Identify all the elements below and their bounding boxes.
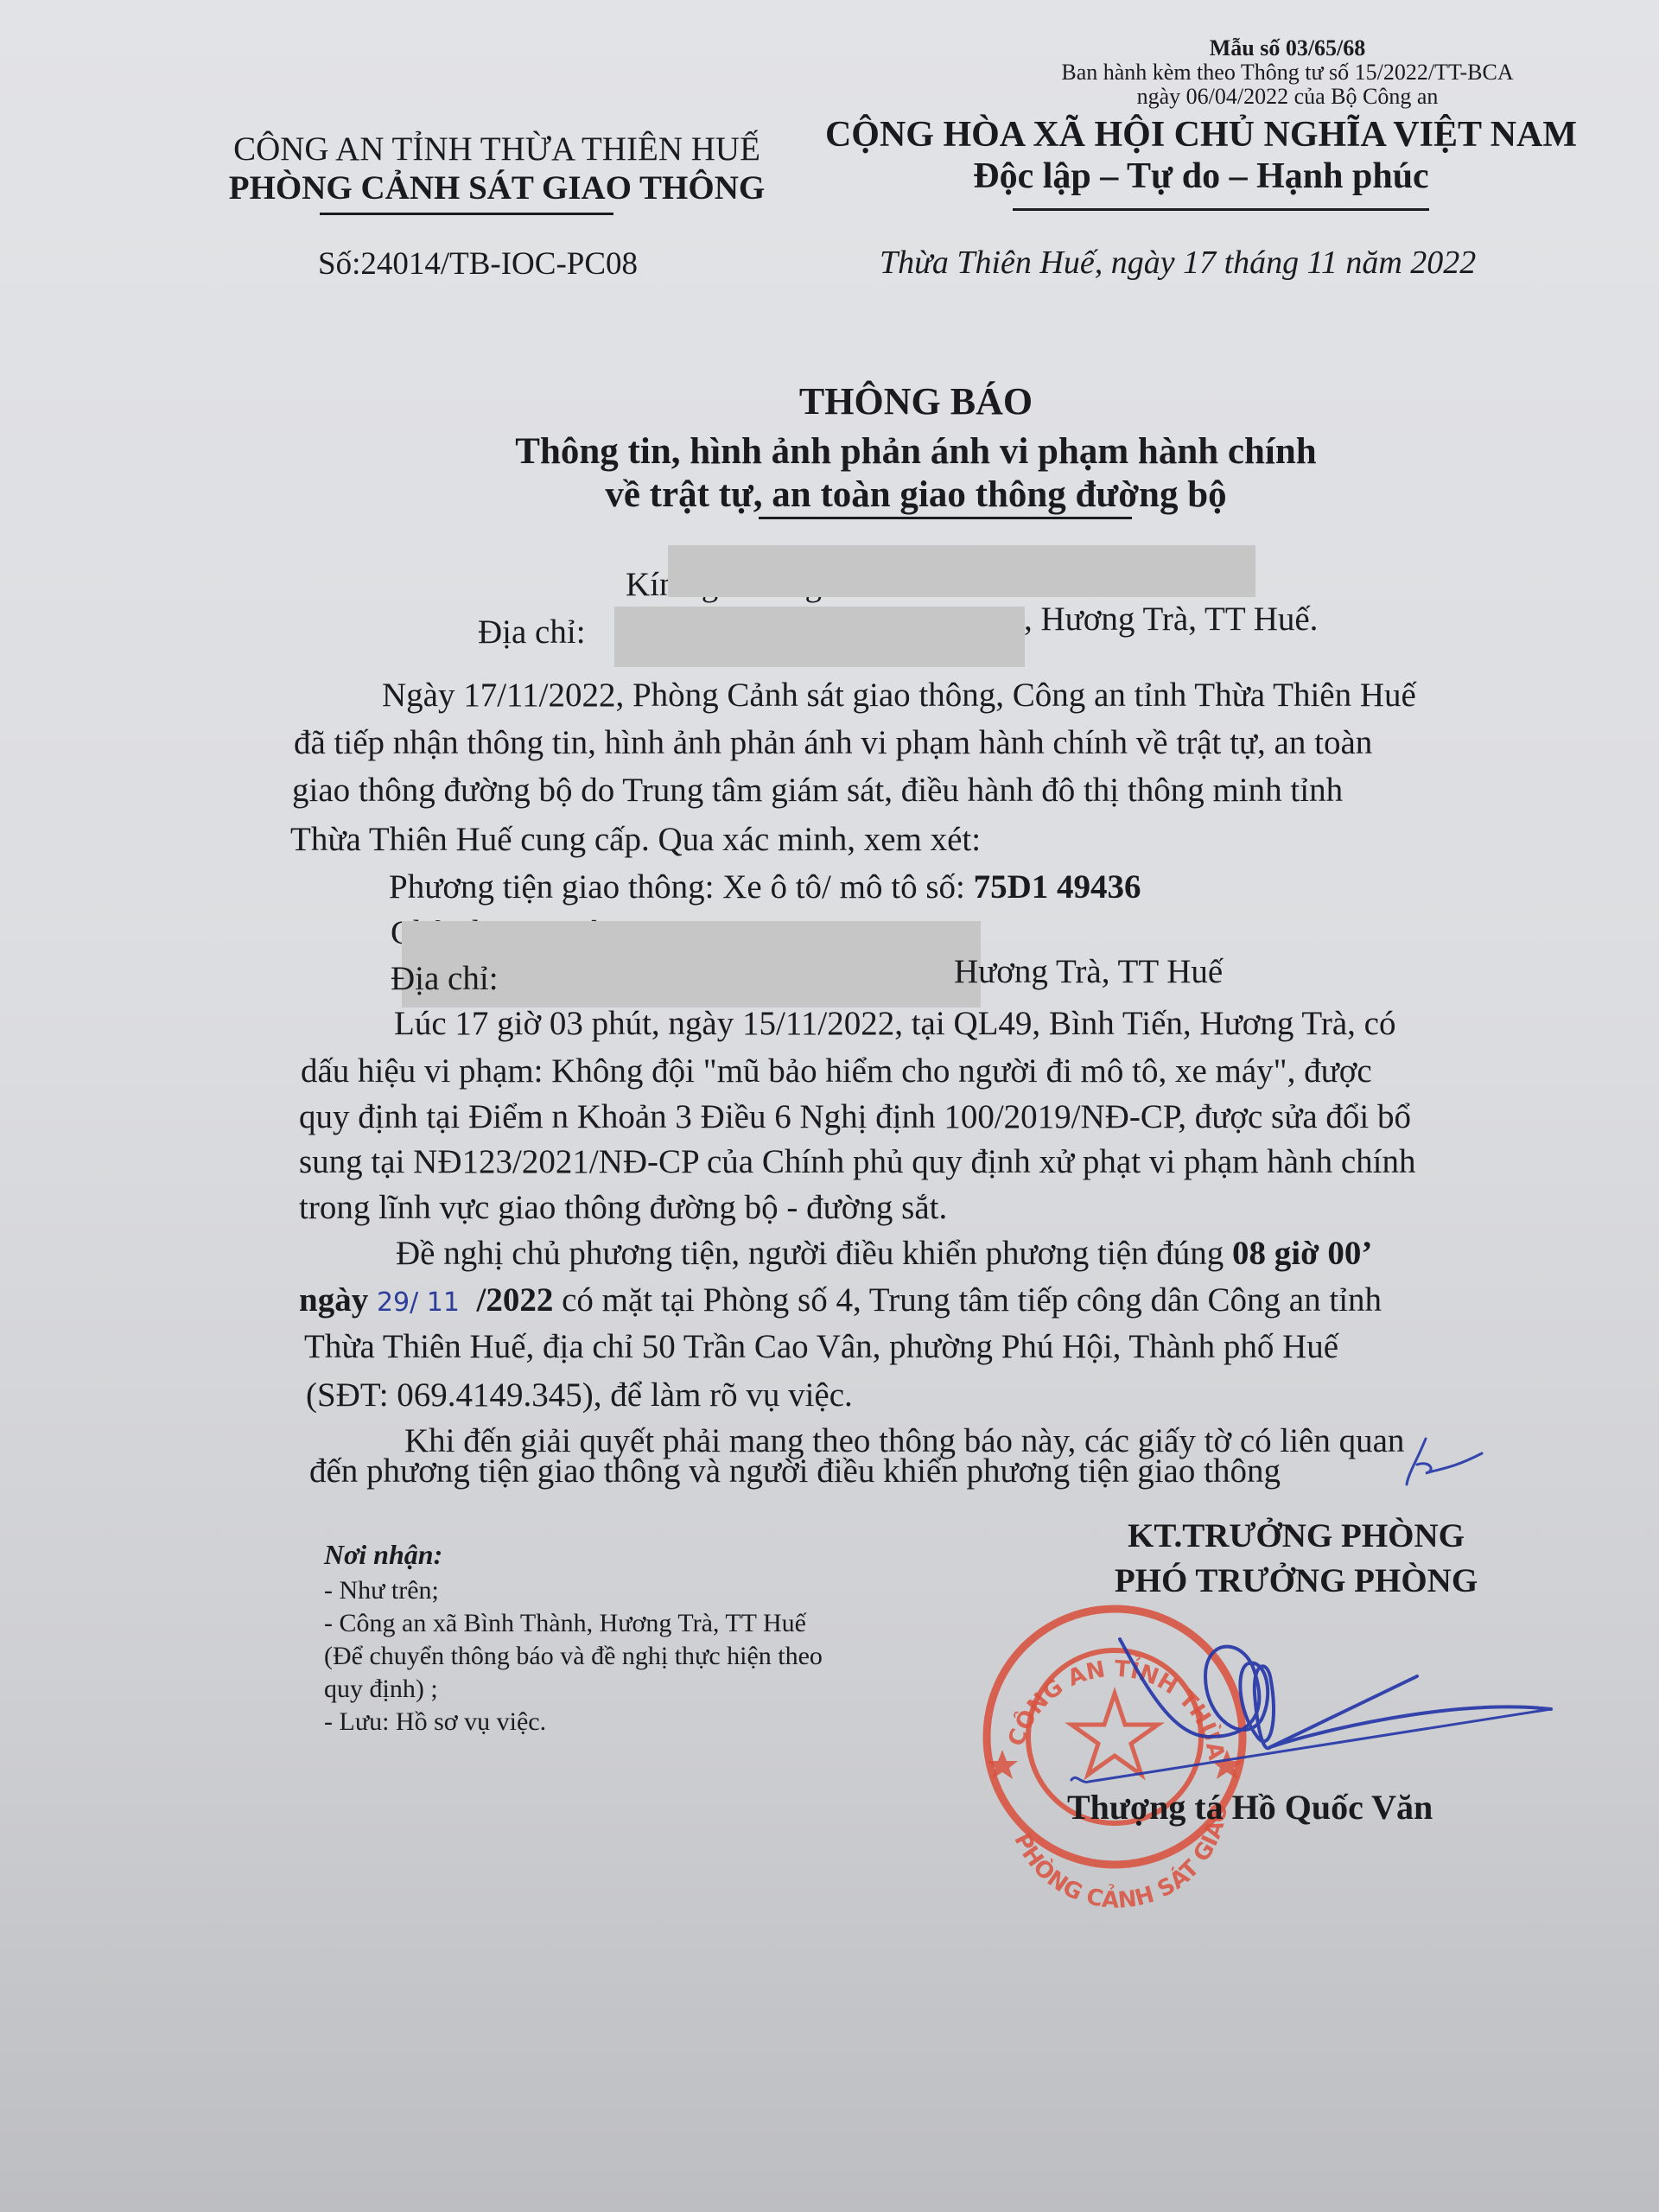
recipient-item: quy định) ; (324, 1673, 823, 1706)
request-ngay: ngày (299, 1281, 368, 1319)
recipient-item: (Để chuyển thông báo và đề nghị thực hiệ… (324, 1640, 823, 1673)
closing-line-2: đến phương tiện giao thông và người điều… (309, 1450, 1281, 1493)
request-line-3: Thừa Thiên Huế, địa chỉ 50 Trần Cao Vân,… (304, 1325, 1338, 1369)
recipients-heading: Nơi nhận: (324, 1538, 823, 1571)
document-page: Mẫu số 03/65/68 Ban hành kèm theo Thông … (0, 0, 1659, 2212)
form-issued-with: Ban hành kèm theo Thông tư số 15/2022/TT… (1002, 60, 1573, 85)
redacted-address (614, 607, 1025, 667)
para1-line-3: giao thông đường bộ do Trung tâm giám sá… (292, 769, 1343, 812)
addressee-address-suffix: , Hương Trà, TT Huế. (1024, 598, 1318, 641)
vehicle-plate: 75D1 49436 (974, 868, 1141, 906)
place-date: Thừa Thiên Huế, ngày 17 tháng 11 năm 202… (880, 244, 1476, 282)
para1-line-4: Thừa Thiên Huế cung cấp. Qua xác minh, x… (290, 818, 981, 861)
vehicle-line: Phương tiện giao thông: Xe ô tô/ mô tô s… (389, 866, 1141, 909)
signature-title: KT.TRƯỞNG PHÒNG PHÓ TRƯỞNG PHÒNG (985, 1514, 1607, 1604)
recipient-item: - Như trên; (324, 1574, 823, 1607)
agency-department: PHÒNG CẢNH SÁT GIAO THÔNG (199, 168, 795, 207)
request-line-4: (SĐT: 069.4149.345), để làm rõ vụ việc. (306, 1374, 853, 1417)
title-main: THÔNG BÁO (449, 380, 1382, 423)
recipient-item: - Lưu: Hồ sơ vụ việc. (324, 1706, 823, 1738)
title-sub2: về trật tự, an toàn giao thông đường bộ (449, 474, 1382, 517)
addressee-address-label: Địa chỉ: (478, 611, 586, 654)
vehicle-label: Phương tiện giao thông: Xe ô tô/ mô tô s… (389, 868, 974, 906)
nation-motto: Độc lập – Tự do – Hạnh phúc (812, 156, 1590, 197)
motto-underline (1013, 208, 1429, 211)
handwritten-day: 29 (377, 1287, 410, 1318)
nation-name: CỘNG HÒA XÃ HỘI CHỦ NGHĨA VIỆT NAM (812, 114, 1590, 156)
agency-header: CÔNG AN TỈNH THỪA THIÊN HUẾ PHÒNG CẢNH S… (199, 130, 795, 207)
request-line2-rest: có mặt tại Phòng số 4, Trung tâm tiếp cô… (553, 1281, 1382, 1319)
owner-address-suffix: Hương Trà, TT Huế (954, 950, 1223, 994)
recipient-item: - Công an xã Bình Thành, Hương Trà, TT H… (324, 1607, 823, 1640)
para1-line-1: Ngày 17/11/2022, Phòng Cảnh sát giao thô… (382, 674, 1416, 717)
form-number-block: Mẫu số 03/65/68 Ban hành kèm theo Thông … (1002, 36, 1573, 109)
signature-title-2: PHÓ TRƯỞNG PHÒNG (985, 1559, 1607, 1604)
violation-line-4: sung tại NĐ123/2021/NĐ-CP của Chính phủ … (299, 1141, 1416, 1184)
agency-underline (320, 213, 613, 215)
request-time: 08 giờ 00’ (1232, 1235, 1372, 1272)
request-year: /2022 (476, 1281, 553, 1319)
violation-line-5: trong lĩnh vực giao thông đường bộ - đườ… (299, 1186, 947, 1230)
signer-name: Thượng tá Hồ Quốc Văn (1067, 1787, 1433, 1827)
owner-address-label: Địa chỉ: (391, 957, 499, 1001)
recipients-block: Nơi nhận: - Như trên; - Công an xã Bình … (324, 1538, 823, 1738)
agency-parent: CÔNG AN TỈNH THỪA THIÊN HUẾ (199, 130, 795, 168)
signature-title-1: KT.TRƯỞNG PHÒNG (985, 1514, 1607, 1559)
form-number: Mẫu số 03/65/68 (1002, 36, 1573, 60)
nation-header: CỘNG HÒA XÃ HỘI CHỦ NGHĨA VIỆT NAM Độc l… (812, 114, 1590, 197)
title-underline (759, 517, 1132, 519)
request-line-1: Đề nghị chủ phương tiện, người điều khiể… (396, 1232, 1372, 1275)
request-text: Đề nghị chủ phương tiện, người điều khiể… (396, 1235, 1232, 1272)
title-sub1: Thông tin, hình ảnh phản ánh vi phạm hàn… (449, 430, 1382, 474)
violation-line-2: dấu hiệu vi phạm: Không đội "mũ bảo hiểm… (301, 1050, 1372, 1093)
redacted-name (668, 545, 1255, 597)
violation-line-3: quy định tại Điểm n Khoản 3 Điều 6 Nghị … (299, 1096, 1411, 1139)
handwritten-slash: / (410, 1287, 427, 1318)
form-issued-date: ngày 06/04/2022 của Bộ Công an (1002, 85, 1573, 109)
violation-line-1: Lúc 17 giờ 03 phút, ngày 15/11/2022, tại… (394, 1002, 1395, 1046)
handwritten-month: 11 (427, 1287, 460, 1318)
request-line-2: ngày 29/ 11 /2022 có mặt tại Phòng số 4,… (299, 1279, 1382, 1325)
document-title: THÔNG BÁO Thông tin, hình ảnh phản ánh v… (449, 380, 1382, 517)
para1-line-2: đã tiếp nhận thông tin, hình ảnh phản án… (294, 721, 1372, 765)
document-number: Số:24014/TB-IOC-PC08 (318, 245, 638, 283)
